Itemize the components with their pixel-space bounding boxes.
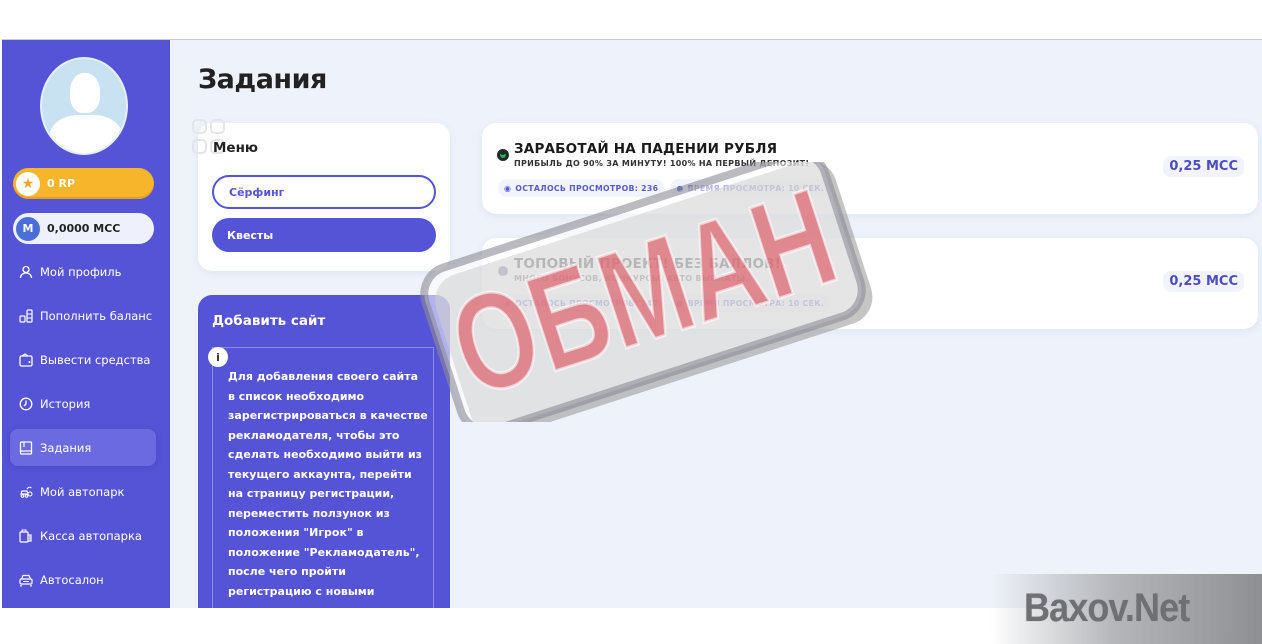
star-icon: ★: [16, 172, 40, 196]
sidebar-item-tasks[interactable]: Задания: [10, 429, 156, 466]
sidebar-item-history[interactable]: История: [10, 385, 156, 422]
view-time: ВРЕМЯ ПРОСМОТРА: 10 СЕК.: [688, 184, 824, 193]
sidebar-item-withdraw[interactable]: Вывести средства: [10, 341, 156, 378]
view-time-chip: ● ВРЕМЯ ПРОСМОТРА: 10 СЕК.: [670, 294, 830, 312]
sidebar: ★ 0 RP M 0,0000 MCC Мой профиль Пополнит…: [2, 40, 170, 608]
menu-title: Меню: [213, 140, 258, 156]
sidebar-item-fleet-cashbox[interactable]: P Касса автопарка: [10, 517, 156, 554]
mcc-balance[interactable]: M 0,0000 MCC: [13, 213, 154, 244]
cashbox-icon: P: [18, 528, 34, 544]
views-left-chip: ◉ ОСТАЛОСЬ ПРОСМОТРОВ: 236: [498, 179, 664, 197]
add-site-title: Добавить сайт: [212, 313, 325, 329]
sidebar-item-label: История: [40, 397, 90, 411]
surfing-button-label: Сёрфинг: [229, 186, 284, 199]
task-subtitle: МНОГО БОНУСОВ, КОНКУРСЫ, АВТО ВЫПЛАТЫ.: [514, 274, 749, 283]
task-reward: 0,25 MCC: [1163, 271, 1244, 292]
page-title: Задания: [198, 64, 327, 95]
add-site-instructions: Для добавления своего сайта в список нео…: [228, 367, 428, 601]
sidebar-item-label: Пополнить баланс: [40, 309, 152, 323]
sidebar-item-label: Касса автопарка: [40, 529, 142, 543]
clock-icon: ●: [676, 184, 683, 193]
rp-balance-value: 0 RP: [47, 177, 75, 190]
rp-balance[interactable]: ★ 0 RP: [13, 168, 154, 199]
site-watermark: Baxov.Net: [990, 574, 1262, 644]
tasks-icon: [18, 440, 34, 456]
quests-button-label: Квесты: [227, 229, 273, 242]
views-left: ОСТАЛОСЬ ПРОСМОТРОВ: 236: [515, 184, 658, 193]
avatar-body-shape: [50, 115, 122, 155]
sidebar-item-label: Вывести средства: [40, 353, 150, 367]
car-icon: [18, 572, 34, 588]
sidebar-nav: Мой профиль Пополнить баланс Вывести сре…: [10, 253, 156, 605]
quests-button[interactable]: Квесты: [212, 218, 436, 252]
clock-icon: [18, 396, 34, 412]
surfing-button[interactable]: Сёрфинг: [212, 175, 436, 209]
sidebar-item-label: Мой автопарк: [40, 485, 124, 499]
task-meta: ◉ ОСТАЛОСЬ ПРОСМОТРОВ: 247 ● ВРЕМЯ ПРОСМ…: [498, 294, 830, 312]
watermark-text: Baxov.Net: [1024, 586, 1189, 631]
avatar-head-shape: [70, 73, 100, 113]
sidebar-item-fleet[interactable]: Мой автопарк: [10, 473, 156, 510]
task-subtitle: ПРИБЫЛЬ ДО 90% ЗА МИНУТУ! 100% НА ПЕРВЫЙ…: [514, 159, 809, 168]
sidebar-item-label: Мой профиль: [40, 265, 121, 279]
eye-icon: ◉: [504, 184, 511, 193]
task-site-icon: [498, 266, 508, 276]
fleet-icon: [18, 484, 34, 500]
wallet-icon: [18, 352, 34, 368]
task-card[interactable]: ТОПОВЫЙ ПРОЕКТ! БЕЗ БАЛЛОВ! МНОГО БОНУСО…: [482, 238, 1258, 329]
info-icon: i: [208, 347, 228, 367]
clock-icon: ●: [676, 299, 683, 308]
views-left-chip: ◉ ОСТАЛОСЬ ПРОСМОТРОВ: 247: [498, 294, 664, 312]
task-title[interactable]: ТОПОВЫЙ ПРОЕКТ! БЕЗ БАЛЛОВ!: [514, 256, 781, 272]
avatar[interactable]: [40, 57, 128, 155]
app-window: ★ 0 RP M 0,0000 MCC Мой профиль Пополнит…: [2, 39, 1262, 608]
svg-text:P: P: [29, 536, 32, 542]
views-left: ОСТАЛОСЬ ПРОСМОТРОВ: 247: [515, 299, 658, 308]
sidebar-item-profile[interactable]: Мой профиль: [10, 253, 156, 290]
sidebar-item-deposit[interactable]: Пополнить баланс: [10, 297, 156, 334]
mcc-coin-icon: M: [16, 217, 40, 241]
view-time: ВРЕМЯ ПРОСМОТРА: 10 СЕК.: [688, 299, 824, 308]
sidebar-item-label: Задания: [40, 441, 91, 455]
task-site-icon: [497, 149, 509, 161]
task-reward: 0,25 MCC: [1163, 156, 1244, 177]
add-site-card: Добавить сайт i Для добавления своего са…: [198, 295, 450, 608]
user-icon: [18, 264, 34, 280]
task-title[interactable]: ЗАРАБОТАЙ НА ПАДЕНИИ РУБЛЯ: [514, 141, 777, 157]
task-meta: ◉ ОСТАЛОСЬ ПРОСМОТРОВ: 236 ● ВРЕМЯ ПРОСМ…: [498, 179, 830, 197]
view-time-chip: ● ВРЕМЯ ПРОСМОТРА: 10 СЕК.: [670, 179, 830, 197]
menu-card: Меню Сёрфинг Квесты: [198, 123, 450, 271]
task-card[interactable]: ЗАРАБОТАЙ НА ПАДЕНИИ РУБЛЯ ПРИБЫЛЬ ДО 90…: [482, 123, 1258, 214]
sidebar-item-car-dealer[interactable]: Автосалон: [10, 561, 156, 598]
sidebar-item-label: Автосалон: [40, 573, 104, 587]
eye-icon: ◉: [504, 299, 511, 308]
mcc-balance-value: 0,0000 MCC: [47, 222, 120, 235]
coins-icon: [18, 308, 34, 324]
